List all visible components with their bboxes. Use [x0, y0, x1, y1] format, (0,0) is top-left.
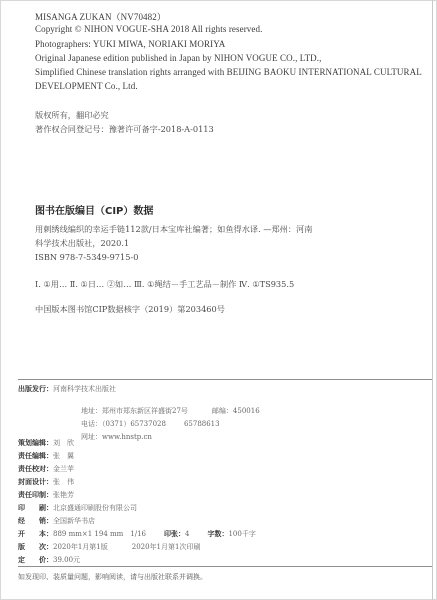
- divider-top: [18, 379, 432, 380]
- cip-entry-line-2: 科学技术出版社，2020.1: [35, 238, 129, 249]
- all-rights-reserved: 版权所有，翻印必究: [35, 110, 109, 121]
- printing-edition: 版 次：2020年1月第1版2020年1月第1次印刷: [18, 542, 200, 552]
- original-edition-line: Original Japanese edition published in J…: [35, 53, 321, 63]
- website-row: 网址：www.hnstp.cn: [81, 424, 152, 443]
- publisher-label: 出版发行：: [18, 384, 53, 394]
- cip-title: 图书在版编目（CIP）数据: [35, 202, 153, 217]
- cip-number: 中国版本图书馆CIP数据核字（2019）第203460号: [35, 304, 225, 315]
- postcode: 450016: [233, 407, 260, 415]
- printing-price: 定 价：39.00元: [18, 555, 80, 565]
- cip-classification: Ⅰ. ①用… Ⅱ. ①日… ②如… Ⅲ. ①绳结－手工艺品－制作 Ⅳ. ①TS9…: [35, 279, 294, 290]
- original-title: MISANGA ZUKAN（NV70482）: [35, 10, 166, 23]
- quality-notice: 如发现印、装质量问题，影响阅读，请与出版社联系并调换。: [18, 572, 207, 582]
- contract-registration: 著作权合同登记号：豫著许可备字-2018-A-0113: [35, 124, 214, 135]
- publisher-name: 河南科学技术出版社: [53, 385, 116, 393]
- website: www.hnstp.cn: [102, 433, 152, 441]
- page-edge: [432, 0, 433, 600]
- publisher-row: 出版发行：河南科学技术出版社: [18, 384, 116, 394]
- isbn: ISBN 978-7-5349-9715-0: [35, 252, 138, 262]
- printing-format: 开 本：889 mm×1 194 mm 1/16印张：4字数：100千字: [18, 529, 256, 539]
- credit-responsible-editor: 责任编辑：张 翼: [18, 451, 74, 461]
- copyright-line: Copyright © NIHON VOGUE-SHA 2018 All rig…: [35, 24, 262, 34]
- credit-planning-editor: 策划编辑：刘 欣: [18, 438, 74, 448]
- divider-bottom: [18, 566, 432, 567]
- phone-2: 65788613: [184, 420, 220, 428]
- credit-proofreader: 责任校对：金兰苹: [18, 464, 74, 474]
- photographers-line: Photographers: YUKI MIWA, NORIAKI MORIYA: [35, 39, 225, 49]
- translation-rights-line: Simplified Chinese translation rights ar…: [35, 67, 422, 77]
- printing-distributor: 经 销：全国新华书店: [18, 516, 95, 526]
- credit-cover-design: 封面设计：张 伟: [18, 477, 74, 487]
- cip-entry-line-1: 用刺绣线编织的幸运手链112款/日本宝库社编著；如鱼得水译. —郑州：河南: [35, 224, 312, 235]
- printing-printer: 印 刷：北京盛通印刷股份有限公司: [18, 503, 137, 513]
- translation-rights-line-2: DEVELOPMENT Co., Ltd.: [35, 81, 138, 91]
- credit-print-supervisor: 责任印制：张艳芳: [18, 490, 74, 500]
